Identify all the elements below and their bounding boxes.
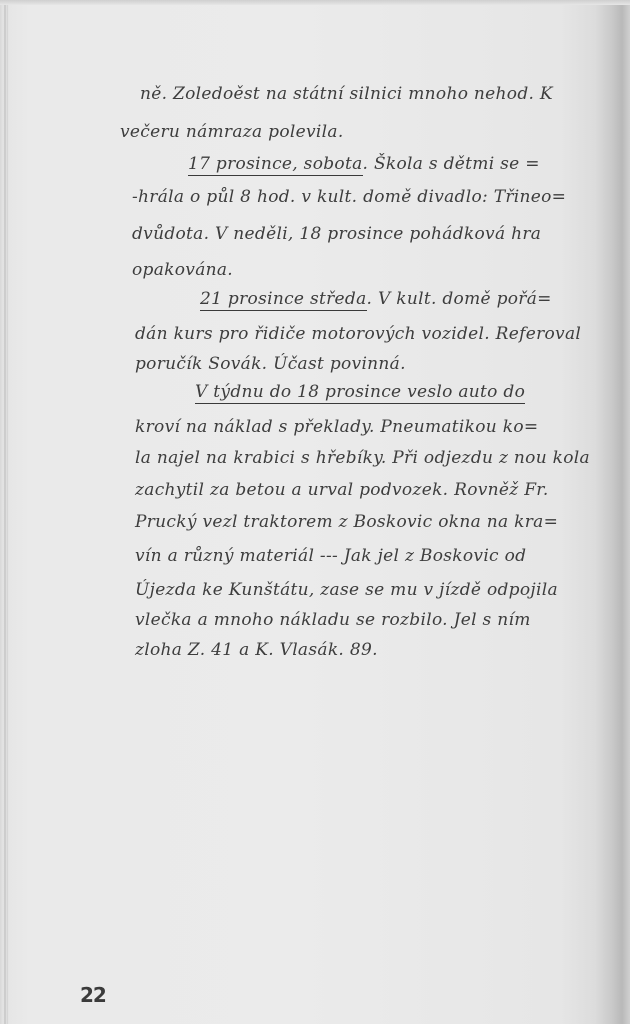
text-line-12: la najel na krabici s hřebíky. Při odjez… [135, 448, 590, 468]
text-line-8: dán kurs pro řidiče motorových vozidel. … [135, 324, 581, 344]
text-line-17: vlečka a mnoho nákladu se rozbilo. Jel s… [135, 610, 531, 630]
text-line-18: zloha Z. 41 a K. Vlasák. 89. [135, 640, 378, 660]
text-line-16: Újezda ke Kunštátu, zase se mu v jízdě o… [135, 580, 558, 600]
text-line-13: zachytil za betou a urval podvozek. Rovn… [135, 480, 549, 500]
text-line-14: Prucký vezl traktorem z Boskovic okna na… [135, 512, 558, 532]
text-line-3: 17 prosince, sobota. Škola s dětmi se = [188, 154, 540, 174]
text-line-6: opakována. [132, 260, 233, 280]
text-line-4: -hrála o půl 8 hod. v kult. domě divadlo… [132, 187, 566, 207]
text-line-3-rest: . Škola s dětmi se = [363, 154, 540, 174]
page-binding-edge [4, 5, 6, 1024]
text-line-2: večeru námraza polevila. [120, 122, 344, 142]
text-line-1: ně. Zoledoěst na státní silnici mnoho ne… [140, 84, 595, 104]
notebook-page: ně. Zoledoěst na státní silnici mnoho ne… [0, 0, 630, 1024]
text-line-7-rest: . V kult. domě pořá= [367, 289, 552, 309]
page-binding-edge-inner [7, 5, 8, 1024]
text-line-5: dvůdota. V neděli, 18 prosince pohádková… [132, 224, 541, 244]
text-line-9: poručík Sovák. Účast povinná. [135, 354, 406, 374]
page-number: 22 [80, 983, 106, 1007]
text-line-10: V týdnu do 18 prosince veslo auto do [195, 382, 525, 402]
date-heading-17-december: 17 prosince, sobota [188, 154, 363, 176]
text-line-15: vín a různý materiál --- Jak jel z Bosko… [135, 546, 526, 566]
text-line-7: 21 prosince středa. V kult. domě pořá= [200, 289, 552, 309]
date-heading-21-december: 21 prosince středa [200, 289, 367, 311]
text-line-11: kroví na náklad s překlady. Pneumatikou … [135, 417, 538, 437]
page-top-edge [0, 0, 630, 5]
week-heading-18-december: V týdnu do 18 prosince veslo auto do [195, 382, 525, 404]
